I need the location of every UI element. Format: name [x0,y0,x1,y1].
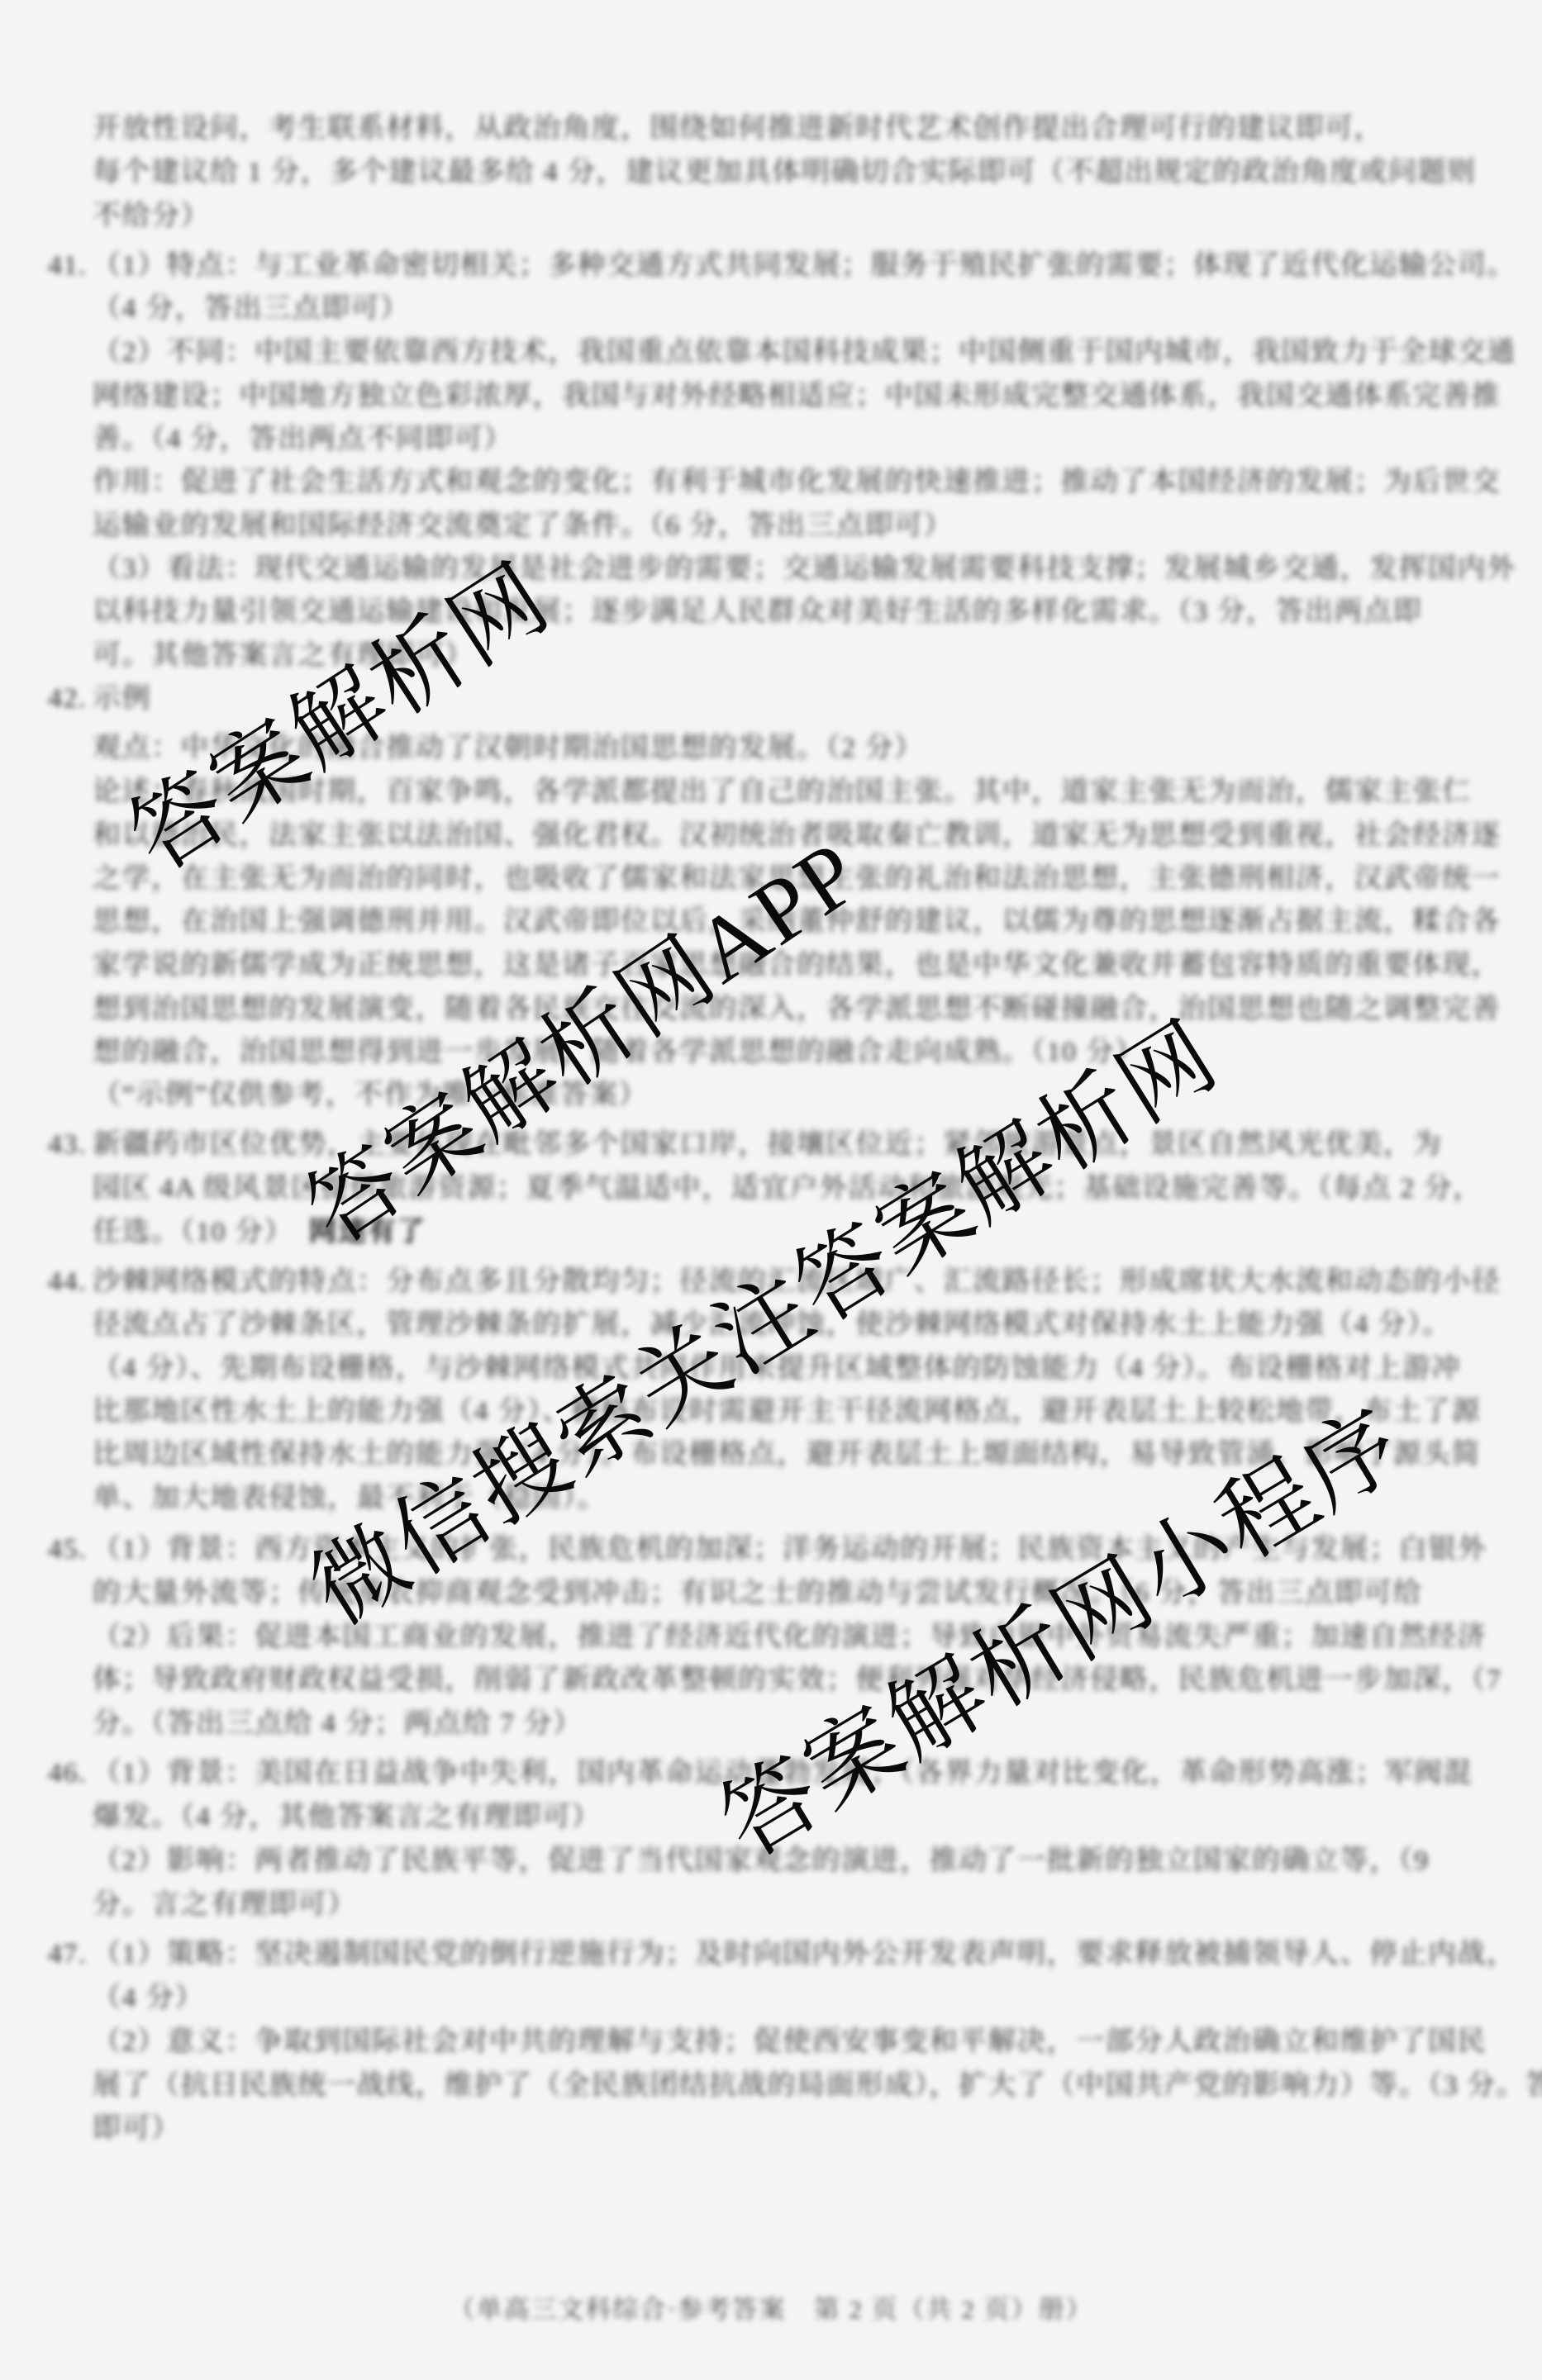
answer-line: （2）意义：争取到国际社会对中共的理解与支持；促使西安事变和平解决，一部分人政治… [48,2020,1487,2064]
line-text: 比那地区性水土上的能力强（4 分）、栅格布设时需避开主干径流网格点，避开表层土上… [93,1396,1481,1427]
answer-line: 想到治国思想的发展演变，随着各民族交往交流的深入，各学派思想不断碰撞融合，治国思… [48,987,1501,1031]
answer-line: 家学说的新儒学成为正统思想，这是诸子百家思想融合的结果，也是中华文化兼收并蓄包容… [48,943,1501,987]
line-number: 43. [48,1123,93,1166]
answer-line: 想的融合，治国思想得到进一步发展，随着各学派思想的融合走向成熟。（10 分） [48,1030,1145,1074]
answer-line: （4 分）、先期布设栅格，与沙棘网络模式共同作用来提升区域整体的防蚀能力（4 分… [48,1347,1461,1390]
answer-line: 43.新疆药市区位优势，主要体现在毗邻多个国家口岸，接壤区位近；紧邻旅游景点，景… [48,1123,1442,1166]
answer-line: 42.示例 [48,677,151,720]
answer-line: 分。言之有理即可） [48,1883,357,1926]
answer-line: 45.（1）背景：西方资本主义的扩张，民族危机的加深；洋务运动的开展；民族资本主… [48,1527,1487,1571]
line-text: （2）意义：争取到国际社会对中共的理解与支持；促使西安事变和平解决，一部分人政治… [93,2026,1487,2057]
line-text: 每个建议给 1 分，多个建议最多给 4 分，建议更加具体明确切合实际即可（不超出… [93,157,1477,188]
line-text: 的大量外流等；传统重农抑商观念受到冲击；有识之士的推动与尝试发行概况。（6 分，… [93,1578,1422,1608]
answer-line: 体；导致政府财政权益受损，削弱了新政改革整顿的实效；便利列强对华经济侵略，民族危… [48,1658,1502,1702]
line-text: 论述：春秋战国时期，百家争鸣，各学派都提出了自己的治国主张。其中，道家主张无为而… [93,777,1472,807]
answer-line: 作用：促进了社会生活方式和观念的变化；有利于城市化发展的快速推进；推动了本国经济… [48,460,1501,504]
line-text: 和以德治民，法家主张以法治国、强化君权。汉初统治者吸取秦亡教训，道家无为思想受到… [93,820,1501,851]
line-text: 想到治国思想的发展演变，随着各民族交往交流的深入，各学派思想不断碰撞融合，治国思… [93,994,1501,1024]
answer-line: 善。（4 分，答出两点不同即可） [48,417,513,461]
answer-line: 运输业的发展和国际经济交流奠定了条件。（6 分，答出三点即可） [48,504,953,548]
line-text: （3）看法：现代交通运输的发展是社会进步的需要；交通运输发展需要科技支撑；发展城… [93,553,1516,584]
answer-line: 径流点占了沙棘条区，管理沙棘条的扩展，减少汇流冲蚀，使沙棘网络模式对保持水土上能… [48,1303,1452,1347]
answer-line: 和以德治民，法家主张以法治国、强化君权。汉初统治者吸取秦亡教训，道家无为思想受到… [48,814,1501,857]
page-footer: （单高三文科综合·参考答案 第 2 页（共 2 页）册） [449,2288,1092,2325]
answer-line: 开放性设问，考生联系材料，从政治角度，围绕如何推进新时代艺术创作提出合理可行的建… [48,107,1383,150]
answer-line: 思想，在治国上强调德刑并用。汉武帝即位以后，采纳董仲舒的建议，以儒为尊的思想逐渐… [48,900,1501,943]
answer-line: 爆发。（4 分，其他答案言之有理即可） [48,1795,601,1839]
answer-line: 46.（1）背景：美国在日益战争中失利，国内革命运动蓬勃发展；（各界力量对比变化… [48,1751,1473,1795]
answer-line: （4 分，答出三点即可） [48,287,410,330]
bold-fragment: 网速有了 [309,1217,426,1247]
line-text: 分。言之有理即可） [93,1889,357,1920]
answer-line: 单、加大地表侵蚀，最不利于（稳固）。 [48,1476,607,1520]
line-text: 善。（4 分，答出两点不同即可） [93,424,513,454]
answer-line: 不给分） [48,194,210,238]
line-text: 径流点占了沙棘条区，管理沙棘条的扩展，减少汇流冲蚀，使沙棘网络模式对保持水土上能… [93,1309,1452,1340]
line-text: （1）背景：西方资本主义的扩张，民族危机的加深；洋务运动的开展；民族资本主义的产… [93,1534,1487,1565]
answer-line: 展了（抗日民族统一战线，维护了（全民族团结抗战的局面形成），扩大了（中国共产党的… [48,2064,1542,2107]
line-text: 以科技力量引领交通运输建设和发展；逐步满足人民群众对美好生活的多样化需求。（3 … [93,596,1422,627]
line-text: 体；导致政府财政权益受损，削弱了新政改革整顿的实效；便利列强对华经济侵略，民族危… [93,1665,1502,1695]
line-text: （1）特点：与工业革命密切相关；多种交通方式共同发展；服务于殖民扩张的需要；体现… [93,250,1516,281]
answer-line: 比那地区性水土上的能力强（4 分）、栅格布设时需避开主干径流网格点，避开表层土上… [48,1390,1481,1433]
answer-line: （4 分） [48,1976,204,2020]
line-text: （4 分） [93,1983,204,2013]
answer-line: 即可） [48,2107,181,2150]
line-text: 作用：促进了社会生活方式和观念的变化；有利于城市化发展的快速推进；推动了本国经济… [93,467,1501,497]
line-number: 45. [48,1527,93,1571]
line-text: 不给分） [93,201,210,231]
answer-line: 观点：中华文化的融合推动了汉朝时期治国思想的发展。（2 分） [48,726,924,770]
line-text: 思想，在治国上强调德刑并用。汉武帝即位以后，采纳董仲舒的建议，以儒为尊的思想逐渐… [93,906,1501,937]
answer-line: 之学，在主张无为而治的同时，也吸收了儒家和法家思想主张的礼治和法治思想，主张德刑… [48,857,1501,900]
line-text: 观点：中华文化的融合推动了汉朝时期治国思想的发展。（2 分） [93,733,924,763]
line-text: 网络建设；中国地方独立色彩浓厚，我国与对外经略相适应；中国未形成完整交通体系，我… [93,381,1501,411]
line-text: 爆发。（4 分，其他答案言之有理即可） [93,1802,601,1832]
answer-line: 园区 4A 级风景区提供旅游资源；夏季气温适中，适宜户外活动和旅游观光；基础设施… [48,1166,1483,1210]
line-text: 示例 [93,683,151,714]
line-number: 42. [48,677,93,720]
line-text: 运输业的发展和国际经济交流奠定了条件。（6 分，答出三点即可） [93,511,953,541]
answer-line: 论述：春秋战国时期，百家争鸣，各学派都提出了自己的治国主张。其中，道家主张无为而… [48,770,1472,814]
answer-line: 41.（1）特点：与工业革命密切相关；多种交通方式共同发展；服务于殖民扩张的需要… [48,244,1516,287]
line-number: 44. [48,1260,93,1304]
line-text: 园区 4A 级风景区提供旅游资源；夏季气温适中，适宜户外活动和旅游观光；基础设施… [93,1173,1483,1204]
line-text: 即可） [93,2113,181,2144]
line-text: 想的融合，治国思想得到进一步发展，随着各学派思想的融合走向成熟。（10 分） [93,1037,1145,1067]
answer-line: 分。（答出三点给 4 分；两点给 7 分） [48,1702,583,1746]
line-text: （“示例”仅供参考，不作为唯一标准答案） [93,1080,648,1110]
answer-line: 任选。（10 分） 网速有了 [48,1210,426,1254]
line-number: 46. [48,1751,93,1795]
line-text: （4 分）、先期布设栅格，与沙棘网络模式共同作用来提升区域整体的防蚀能力（4 分… [93,1353,1461,1384]
answer-line: （2）后果：促进本国工商业的发展，推进了经济近代化的演进；导致白银中外贸易流失严… [48,1615,1487,1659]
answer-line: 44.沙棘网络模式的特点：分布点多且分散均匀；径流的汇流区域广、汇流路径长；形成… [48,1260,1501,1304]
line-text: 可。其他答案言之有理即可） [93,640,474,671]
line-text: （1）背景：美国在日益战争中失利，国内革命运动蓬勃发展；（各界力量对比变化，革命… [93,1758,1473,1789]
line-text: 家学说的新儒学成为正统思想，这是诸子百家思想融合的结果，也是中华文化兼收并蓄包容… [93,950,1501,981]
line-text: 展了（抗日民族统一战线，维护了（全民族团结抗战的局面形成），扩大了（中国共产党的… [93,2070,1542,2101]
answer-line: 网络建设；中国地方独立色彩浓厚，我国与对外经略相适应；中国未形成完整交通体系，我… [48,374,1501,418]
answer-line: （3）看法：现代交通运输的发展是社会进步的需要；交通运输发展需要科技支撑；发展城… [48,547,1516,591]
answer-line: 47.（1）策略：坚决遏制国民党的倒行逆施行为；及时向国内外公开发表声明，要求释… [48,1932,1516,1976]
line-text: （2）后果：促进本国工商业的发展，推进了经济近代化的演进；导致白银中外贸易流失严… [93,1622,1487,1652]
line-text: 开放性设问，考生联系材料，从政治角度，围绕如何推进新时代艺术创作提出合理可行的建… [93,113,1383,144]
line-text: 比周边区域性保持水土的能力强（4 分）。布设栅格点，避开表层土上塬面结构，易导致… [93,1439,1481,1470]
scanned-answer-page: 开放性设问，考生联系材料，从政治角度，围绕如何推进新时代艺术创作提出合理可行的建… [0,0,1542,2380]
line-text: 任选。（10 分） [93,1217,309,1247]
line-text: 新疆药市区位优势，主要体现在毗邻多个国家口岸，接壤区位近；紧邻旅游景点，景区自然… [93,1129,1442,1160]
line-text: 之学，在主张无为而治的同时，也吸收了儒家和法家思想主张的礼治和法治思想，主张德刑… [93,863,1501,894]
answer-line: （2）不同：中国主要依靠西方技术，我国重点依靠本国科技成果；中国侧重于国内城市，… [48,330,1516,374]
line-text: 分。（答出三点给 4 分；两点给 7 分） [93,1708,583,1739]
answer-line: 可。其他答案言之有理即可） [48,634,474,677]
line-text: 沙棘网络模式的特点：分布点多且分散均匀；径流的汇流区域广、汇流路径长；形成席状大… [93,1266,1501,1297]
line-number: 47. [48,1932,93,1976]
answer-line: 的大量外流等；传统重农抑商观念受到冲击；有识之士的推动与尝试发行概况。（6 分，… [48,1571,1422,1615]
line-number: 41. [48,244,93,287]
answer-line: 比周边区域性保持水土的能力强（4 分）。布设栅格点，避开表层土上塬面结构，易导致… [48,1432,1481,1476]
answer-line: （2）影响：两者推动了民族平等，促进了当代国家观念的演进，推动了一批新的独立国家… [48,1839,1430,1883]
answer-line: （“示例”仅供参考，不作为唯一标准答案） [48,1073,648,1117]
answer-line: 以科技力量引领交通运输建设和发展；逐步满足人民群众对美好生活的多样化需求。（3 … [48,590,1422,634]
line-text: （2）不同：中国主要依靠西方技术，我国重点依靠本国科技成果；中国侧重于国内城市，… [93,337,1516,368]
line-text: 单、加大地表侵蚀，最不利于（稳固）。 [93,1483,607,1513]
line-text: （4 分，答出三点即可） [93,293,410,324]
line-text: （2）影响：两者推动了民族平等，促进了当代国家观念的演进，推动了一批新的独立国家… [93,1846,1430,1876]
answer-line: 每个建议给 1 分，多个建议最多给 4 分，建议更加具体明确切合实际即可（不超出… [48,150,1477,194]
line-text: （1）策略：坚决遏制国民党的倒行逆施行为；及时向国内外公开发表声明，要求释放被捕… [93,1939,1516,1969]
